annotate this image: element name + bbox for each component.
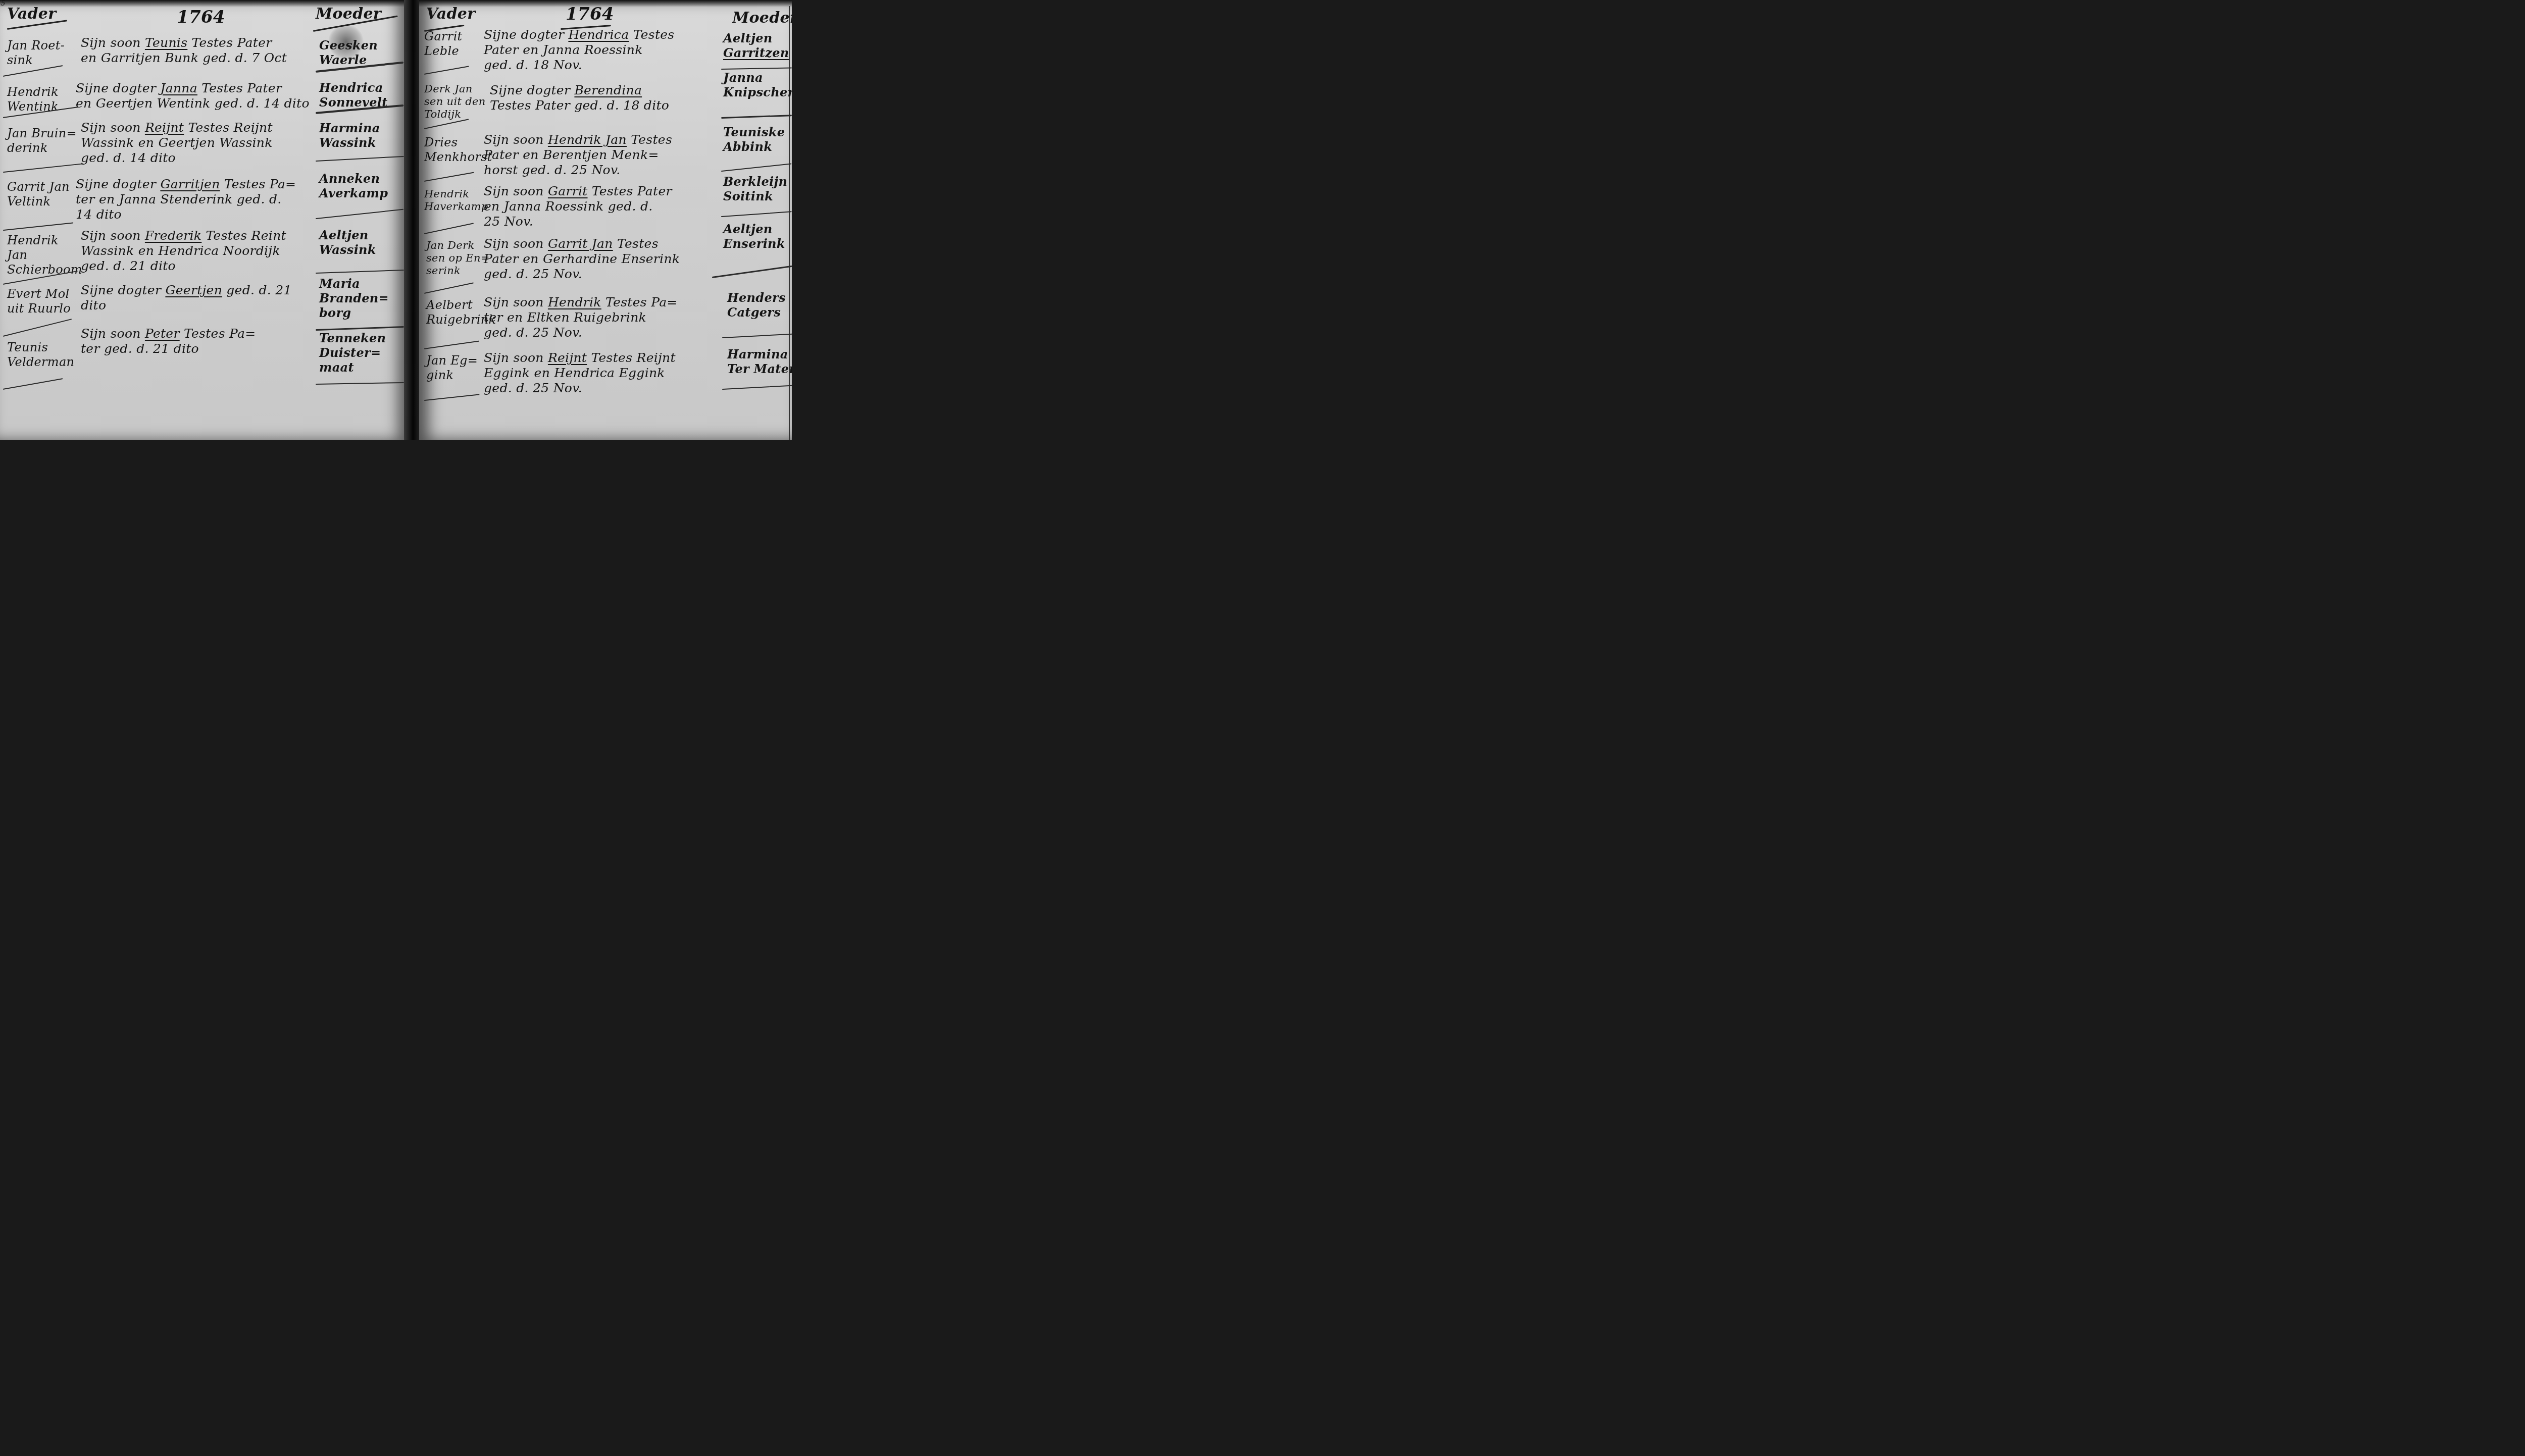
header-fathers: Vader xyxy=(7,5,56,23)
child-name: Frederik xyxy=(145,228,201,243)
child-name: Berendina xyxy=(574,83,642,97)
row-separator xyxy=(316,382,404,385)
mother-name: BerkleijnSoitink xyxy=(723,175,792,204)
header-mothers: Moeder xyxy=(732,9,792,27)
row-separator xyxy=(722,385,792,390)
child-name: Hendrik Jan xyxy=(548,132,627,147)
header-fathers: Vader xyxy=(426,5,475,23)
mother-name: TennekenDuister=maat xyxy=(319,331,405,375)
mother-name: HendersCatgers xyxy=(727,291,792,320)
row-separator xyxy=(316,326,404,331)
child-name: Garritjen xyxy=(160,177,220,191)
child-name: Janna xyxy=(160,81,197,95)
entry-text: Sijne dogter Janna Testes Pater en Geert… xyxy=(76,81,310,111)
row-separator xyxy=(721,115,792,119)
mother-name: HarminaTer Maten xyxy=(727,347,792,377)
child-name: Garrit Jan xyxy=(548,236,613,251)
child-name: Reijnt xyxy=(548,350,587,365)
row-separator xyxy=(424,66,469,75)
row-separator xyxy=(721,68,792,70)
row-separator xyxy=(3,319,72,337)
row-separator xyxy=(3,163,83,173)
row-separator xyxy=(316,209,403,219)
row-separator xyxy=(722,334,792,338)
child-name: Geertjen xyxy=(165,283,222,297)
header-year: 1764 xyxy=(566,4,614,25)
row-separator xyxy=(712,266,792,278)
child-name: Garrit xyxy=(548,184,588,198)
child-name: Hendrica xyxy=(568,27,629,42)
entry-text: Sijne dogter Garritjen Testes Pa= ter en… xyxy=(76,177,296,222)
entry-text: Sijn soon Hendrik Testes Pa= ter en Eltk… xyxy=(484,295,678,340)
father-name: Derk Jansen uit denToldijk xyxy=(424,83,495,121)
page-number: 5 xyxy=(1,0,6,8)
mother-name: AeltjenEnserink xyxy=(723,222,792,251)
entry-text: Sijn soon Teunis Testes Pater en Garritj… xyxy=(81,35,287,66)
child-name: Peter xyxy=(145,326,180,341)
mother-name: AeltjenGarritzen xyxy=(723,31,792,61)
father-name: Jan Roet-sink xyxy=(7,38,78,68)
entry-text: Sijne dogter Hendrica Testes Pater en Ja… xyxy=(484,27,674,73)
row-separator xyxy=(316,270,404,274)
row-separator xyxy=(721,163,791,172)
father-name: Garrit JanVeltink xyxy=(7,180,78,209)
row-separator xyxy=(424,394,480,401)
left-page: 5 Vader 1764 Moeder Jan Roet-sink Sijn s… xyxy=(0,0,407,440)
mother-name: HarminaWassink xyxy=(319,121,405,150)
father-name: Evert Moluit Ruurlo xyxy=(7,287,78,316)
row-separator xyxy=(424,282,474,294)
entry-text: Sijne dogter Geertjen ged. d. 21 dito xyxy=(81,283,292,313)
entry-text: Sijn soon Garrit Jan Testes Pater en Ger… xyxy=(484,236,680,282)
father-name: Hendrik JanSchierboom xyxy=(7,233,78,277)
entry-text: Sijn soon Peter Testes Pa= ter ged. d. 2… xyxy=(81,326,256,356)
child-name: Teunis xyxy=(145,35,187,50)
row-separator xyxy=(424,341,479,349)
row-separator xyxy=(424,223,474,234)
father-name: HendrikWentink xyxy=(7,85,78,114)
entry-text: Sijn soon Reijnt Testes Reijnt Wassink e… xyxy=(81,120,273,166)
father-name: TeunisVelderman xyxy=(7,340,78,370)
register-spread: 5 Vader 1764 Moeder Jan Roet-sink Sijn s… xyxy=(0,0,792,440)
mother-name: JannaKnipscher xyxy=(723,71,792,100)
header-year: 1764 xyxy=(177,7,225,28)
row-separator xyxy=(424,172,474,182)
mother-name: AnnekenAverkamp xyxy=(319,172,405,201)
entry-text: Sijn soon Frederik Testes Reint Wassink … xyxy=(81,228,286,274)
father-name: Jan Bruin=derink xyxy=(7,126,78,155)
mother-name: AeltjenWassink xyxy=(319,228,405,257)
mother-name: MariaBranden=borg xyxy=(319,277,405,320)
entry-text: Sijn soon Hendrik Jan Testes Pater en Be… xyxy=(484,132,672,178)
right-page: Vader 1764 Moeder GarritLeble Sijne dogt… xyxy=(419,0,792,440)
row-separator xyxy=(721,211,792,217)
mother-name: TeuniskeAbbink xyxy=(723,125,792,154)
row-separator xyxy=(316,156,404,162)
row-separator xyxy=(3,378,63,390)
child-name: Reijnt xyxy=(145,120,184,135)
child-name: Hendrik xyxy=(548,295,601,309)
entry-text: Sijne dogter Berendina Testes Pater ged.… xyxy=(490,83,669,113)
entry-text: Sijn soon Reijnt Testes Reijnt Eggink en… xyxy=(484,350,676,396)
row-separator xyxy=(3,222,73,231)
entry-text: Sijn soon Garrit Testes Pater en Janna R… xyxy=(484,184,672,229)
